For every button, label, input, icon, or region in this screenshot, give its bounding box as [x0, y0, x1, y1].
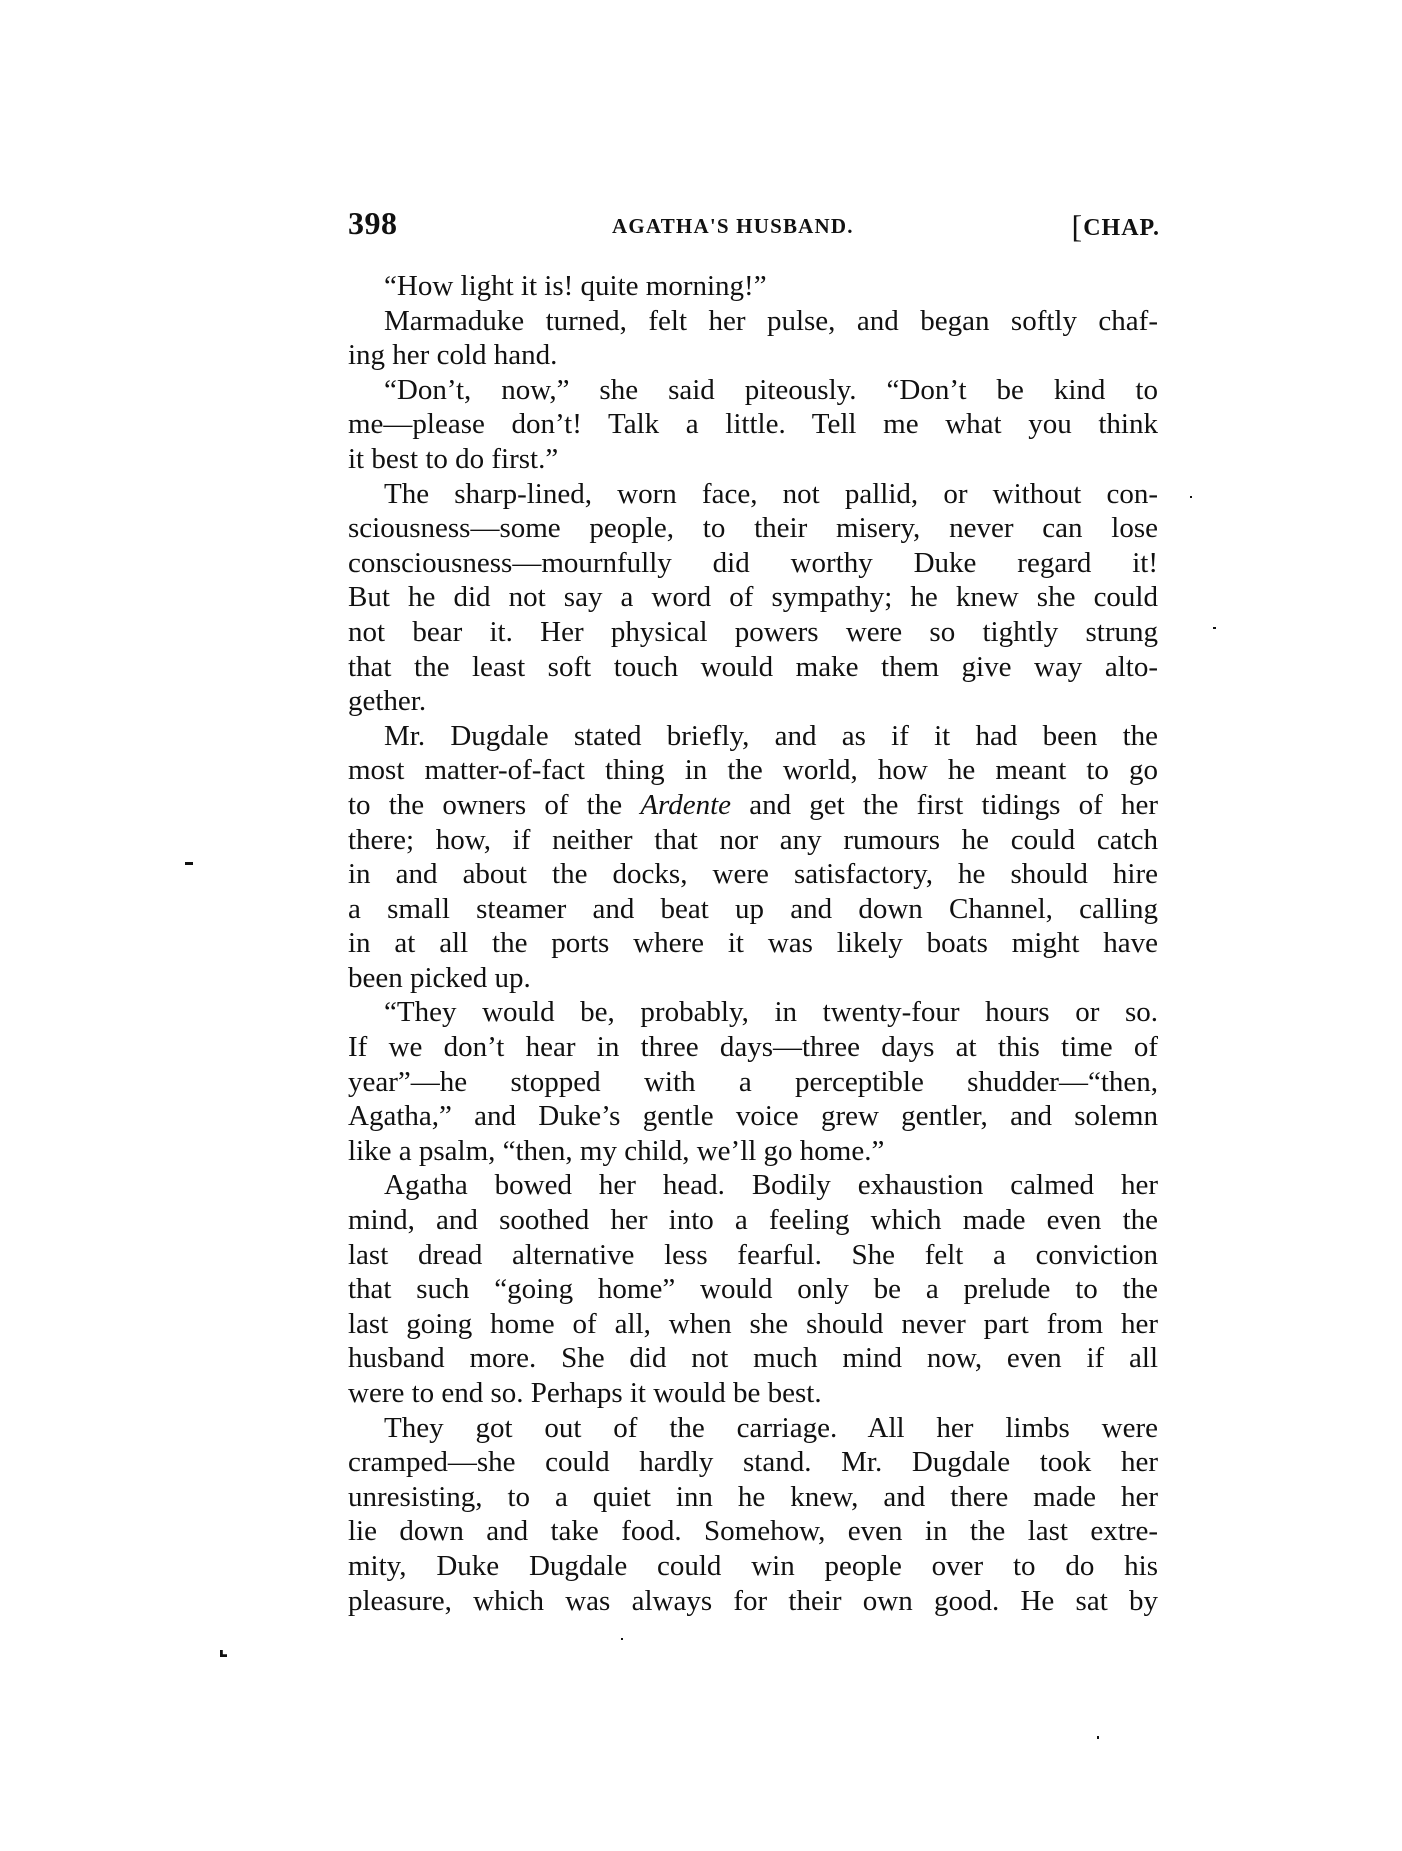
text-line: husband more. She did not much mind now,…: [348, 1341, 1158, 1376]
chapter-marker: [CHAP.: [1072, 208, 1160, 244]
text-line: Agatha,” and Duke’s gentle voice grew ge…: [348, 1099, 1158, 1134]
text-line: in and about the docks, were satisfactor…: [348, 857, 1158, 892]
text-line: “They would be, probably, in twenty-four…: [348, 995, 1158, 1030]
text-line: “Don’t, now,” she said piteously. “Don’t…: [348, 373, 1158, 408]
text-line: pleasure, which was always for their own…: [348, 1584, 1158, 1619]
bracket-glyph: [: [1072, 208, 1084, 244]
chapter-label: CHAP.: [1083, 215, 1160, 241]
text-line: “How light it is! quite morning!”: [348, 269, 1158, 304]
text-line: ing her cold hand.: [348, 338, 1158, 373]
running-title: AGATHA'S HUSBAND.: [612, 212, 854, 240]
text-line: a small steamer and beat up and down Cha…: [348, 892, 1158, 927]
text-line: were to end so. Perhaps it would be best…: [348, 1376, 1158, 1411]
text-segment: to the owners of the: [348, 789, 640, 821]
text-line: in at all the ports where it was likely …: [348, 926, 1158, 961]
text-line: Agatha bowed her head. Bodily exhaustion…: [348, 1168, 1158, 1203]
text-segment: and get the first tidings of her: [731, 789, 1158, 821]
text-line: cramped—she could hardly stand. Mr. Dugd…: [348, 1445, 1158, 1480]
scan-speck: [1097, 1736, 1099, 1739]
text-line: year”—he stopped with a perceptible shud…: [348, 1065, 1158, 1100]
text-line: to the owners of the Ardente and get the…: [348, 788, 1158, 823]
scan-speck: [1213, 627, 1216, 629]
text-line: me—please don’t! Talk a little. Tell me …: [348, 407, 1158, 442]
text-line: consciousness—mournfully did worthy Duke…: [348, 546, 1158, 581]
body-text: “How light it is! quite morning!”Marmadu…: [348, 269, 1158, 1618]
scan-speck: [220, 1650, 227, 1657]
text-line: Mr. Dugdale stated briefly, and as if it…: [348, 719, 1158, 754]
text-line: They got out of the carriage. All her li…: [348, 1411, 1158, 1446]
text-line: sciousness—some people, to their misery,…: [348, 511, 1158, 546]
scan-speck: [185, 862, 193, 865]
text-line: Marmaduke turned, felt her pulse, and be…: [348, 304, 1158, 339]
ship-name-italic: Ardente: [640, 789, 731, 821]
text-line: mity, Duke Dugdale could win people over…: [348, 1549, 1158, 1584]
text-line: there; how, if neither that nor any rumo…: [348, 823, 1158, 858]
running-header: 398 AGATHA'S HUSBAND. [CHAP.: [348, 206, 1160, 240]
text-line: it best to do first.”: [348, 442, 1158, 477]
text-line: that the least soft touch would make the…: [348, 650, 1158, 685]
scan-speck: [621, 1638, 623, 1640]
text-line: last going home of all, when she should …: [348, 1307, 1158, 1342]
text-line: mind, and soothed her into a feeling whi…: [348, 1203, 1158, 1238]
book-page: 398 AGATHA'S HUSBAND. [CHAP. “How light …: [0, 0, 1402, 1851]
text-line: gether.: [348, 684, 1158, 719]
text-line: like a psalm, “then, my child, we’ll go …: [348, 1134, 1158, 1169]
text-line: But he did not say a word of sympathy; h…: [348, 580, 1158, 615]
text-line: most matter-of-fact thing in the world, …: [348, 753, 1158, 788]
scan-speck: [1190, 496, 1192, 498]
text-line: not bear it. Her physical powers were so…: [348, 615, 1158, 650]
text-line: that such “going home” would only be a p…: [348, 1272, 1158, 1307]
text-line: unresisting, to a quiet inn he knew, and…: [348, 1480, 1158, 1515]
text-line: The sharp-lined, worn face, not pallid, …: [348, 477, 1158, 512]
text-line: If we don’t hear in three days—three day…: [348, 1030, 1158, 1065]
page-number: 398: [348, 206, 398, 240]
text-line: been picked up.: [348, 961, 1158, 996]
text-line: lie down and take food. Somehow, even in…: [348, 1514, 1158, 1549]
text-line: last dread alternative less fearful. She…: [348, 1238, 1158, 1273]
